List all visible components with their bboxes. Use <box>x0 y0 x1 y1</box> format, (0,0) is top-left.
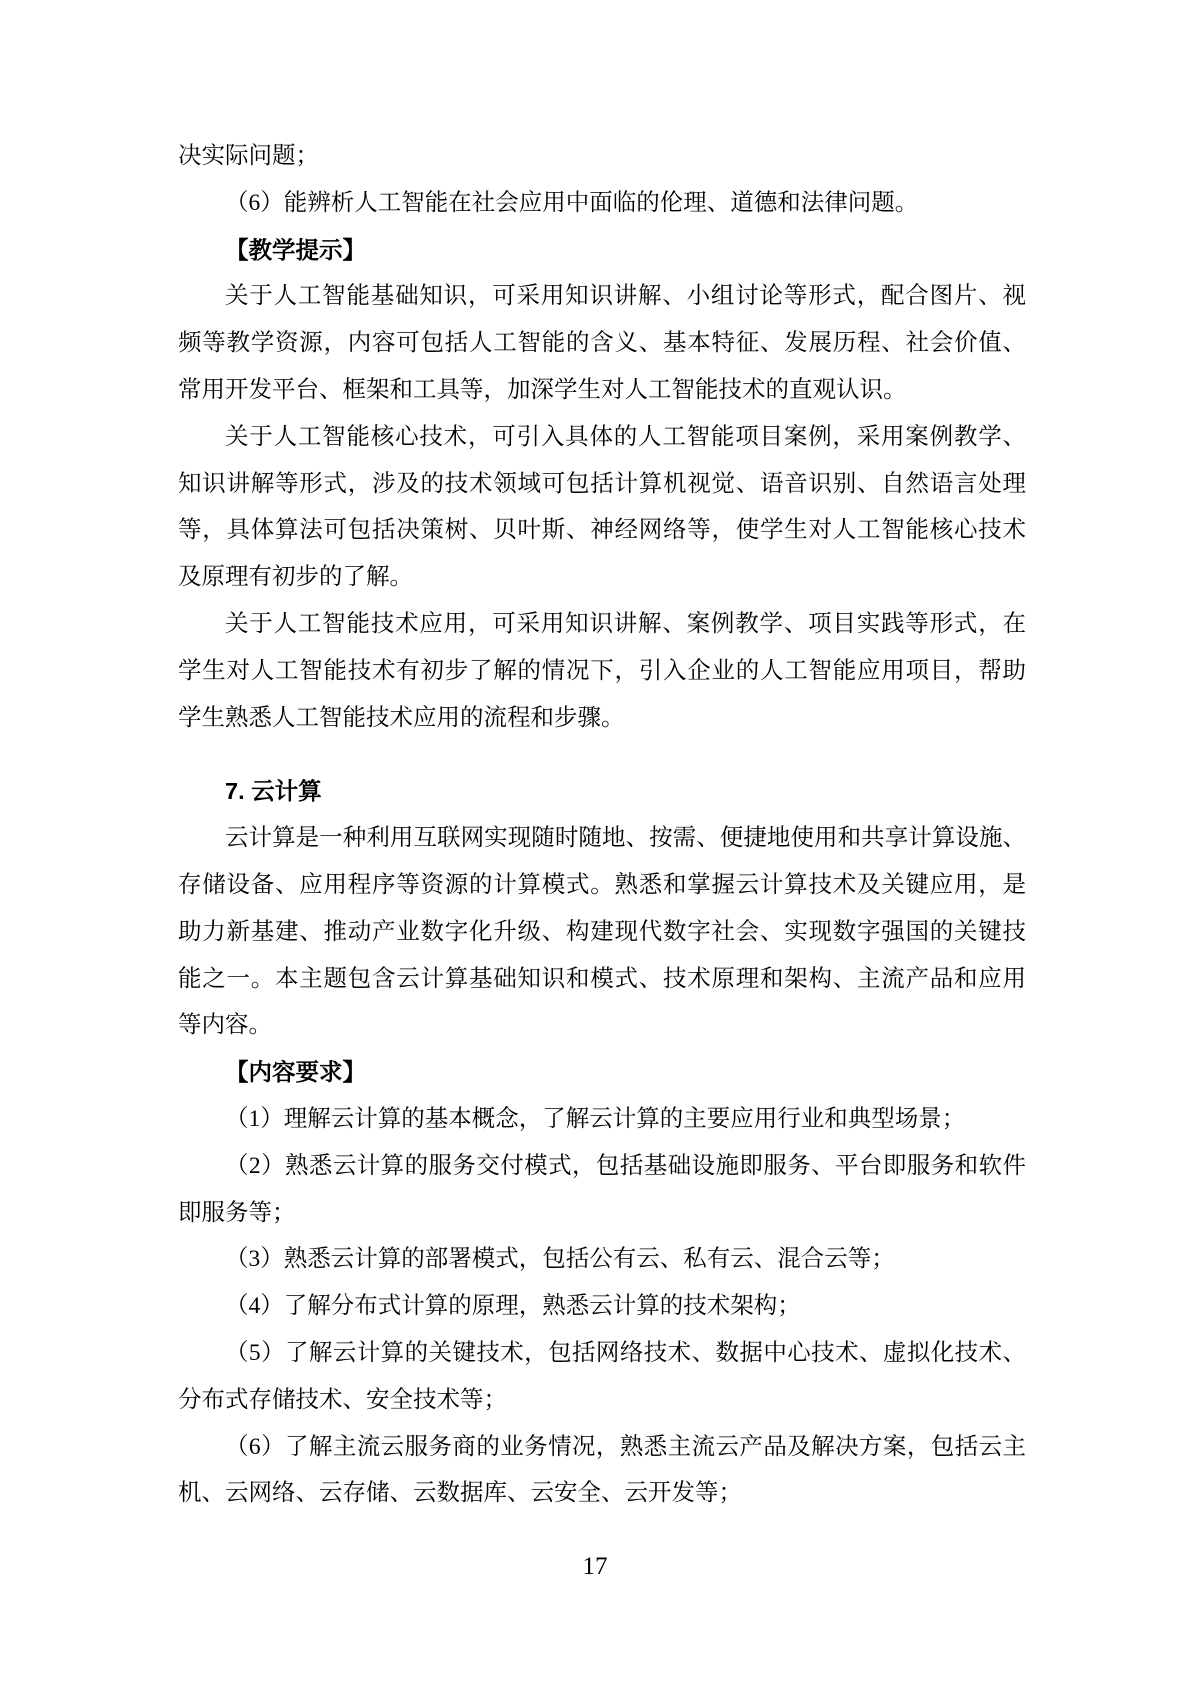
text-line: 【教学提示】 <box>178 227 1026 274</box>
text-line: 机、云网络、云存储、云数据库、云安全、云开发等； <box>178 1470 1026 1517</box>
document-page: 决实际问题；（6）能辨析人工智能在社会应用中面临的伦理、道德和法律问题。【教学提… <box>0 0 1190 1684</box>
text-line: 等，具体算法可包括决策树、贝叶斯、神经网络等，使学生对人工智能核心技术 <box>178 507 1026 554</box>
page-number: 17 <box>0 1552 1190 1582</box>
text-line: 存储设备、应用程序等资源的计算模式。熟悉和掌握云计算技术及关键应用，是 <box>178 862 1026 909</box>
text-line: 即服务等； <box>178 1190 1026 1237</box>
text-line: （3）熟悉云计算的部署模式，包括公有云、私有云、混合云等； <box>178 1236 1026 1283</box>
text-line: 【内容要求】 <box>178 1049 1026 1096</box>
text-line: 7. 云计算 <box>178 768 1026 815</box>
text-line: （1）理解云计算的基本概念，了解云计算的主要应用行业和典型场景； <box>178 1096 1026 1143</box>
text-line: 云计算是一种利用互联网实现随时随地、按需、便捷地使用和共享计算设施、 <box>178 815 1026 862</box>
document-body: 决实际问题；（6）能辨析人工智能在社会应用中面临的伦理、道德和法律问题。【教学提… <box>178 133 1026 1517</box>
text-line: 常用开发平台、框架和工具等，加深学生对人工智能技术的直观认识。 <box>178 367 1026 414</box>
text-line: 学生熟悉人工智能技术应用的流程和步骤。 <box>178 695 1026 742</box>
text-line: （4）了解分布式计算的原理，熟悉云计算的技术架构； <box>178 1283 1026 1330</box>
text-line: 关于人工智能核心技术，可引入具体的人工智能项目案例，采用案例教学、 <box>178 414 1026 461</box>
text-line: （6）能辨析人工智能在社会应用中面临的伦理、道德和法律问题。 <box>178 180 1026 227</box>
text-line: （5）了解云计算的关键技术，包括网络技术、数据中心技术、虚拟化技术、 <box>178 1330 1026 1377</box>
text-line: （6）了解主流云服务商的业务情况，熟悉主流云产品及解决方案，包括云主 <box>178 1424 1026 1471</box>
text-line: 知识讲解等形式，涉及的技术领域可包括计算机视觉、语音识别、自然语言处理 <box>178 461 1026 508</box>
text-line: 决实际问题； <box>178 133 1026 180</box>
text-line: 助力新基建、推动产业数字化升级、构建现代数字社会、实现数字强国的关键技 <box>178 909 1026 956</box>
text-line: 学生对人工智能技术有初步了解的情况下，引入企业的人工智能应用项目，帮助 <box>178 648 1026 695</box>
text-line: （2）熟悉云计算的服务交付模式，包括基础设施即服务、平台即服务和软件 <box>178 1143 1026 1190</box>
text-line: 等内容。 <box>178 1002 1026 1049</box>
text-line: 能之一。本主题包含云计算基础知识和模式、技术原理和架构、主流产品和应用 <box>178 956 1026 1003</box>
text-line: 关于人工智能技术应用，可采用知识讲解、案例教学、项目实践等形式，在 <box>178 601 1026 648</box>
text-line: 及原理有初步的了解。 <box>178 554 1026 601</box>
text-line: 分布式存储技术、安全技术等； <box>178 1377 1026 1424</box>
text-line: 频等教学资源，内容可包括人工智能的含义、基本特征、发展历程、社会价值、 <box>178 320 1026 367</box>
text-line: 关于人工智能基础知识，可采用知识讲解、小组讨论等形式，配合图片、视 <box>178 273 1026 320</box>
